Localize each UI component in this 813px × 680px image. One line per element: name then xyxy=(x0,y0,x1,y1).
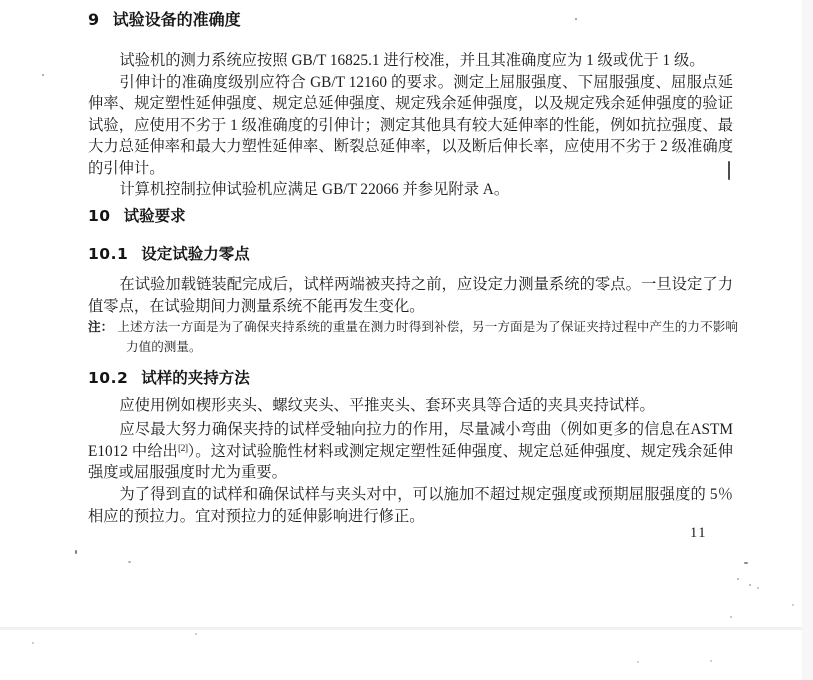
scan-speck xyxy=(749,584,751,586)
scan-speck xyxy=(792,604,794,606)
section-9-body: 试验机的测力系统应按照 GB/T 16825.1 进行校准，并且其准确度应为 1… xyxy=(88,50,733,201)
note-text: 上述方法一方面是为了确保夹持系统的重量在测力时得到补偿，另一方面是为了保证夹持过… xyxy=(117,320,738,354)
paragraph-preload: 为了得到直的试样和确保试样与夹头对中，可以施加不超过规定强度或预期屈服强度的 5… xyxy=(88,484,733,527)
section-10-2-number: 10.2 xyxy=(88,369,128,387)
scan-speck xyxy=(730,616,732,618)
citation-ref-2: [2] xyxy=(178,444,188,454)
scan-speck xyxy=(744,562,748,564)
section-10-1-body: 在试验加载链装配完成后，试样两端被夹持之前，应设定力测量系统的零点。一旦设定了力… xyxy=(88,274,733,317)
section-9-heading: 9试验设备的准确度 xyxy=(88,7,241,30)
margin-tick-mark xyxy=(728,161,730,180)
paragraph-computer-controlled: 计算机控制拉伸试验机应满足 GB/T 22066 并参见附录 A。 xyxy=(88,179,733,201)
paragraph-force-zero: 在试验加载链装配完成后，试样两端被夹持之前，应设定力测量系统的零点。一旦设定了力… xyxy=(88,274,733,317)
paragraph-grip-types: 应使用例如楔形夹头、螺纹夹头、平推夹头、套环夹具等合适的夹具夹持试样。 xyxy=(88,395,733,417)
section-10-number: 10 xyxy=(88,207,111,225)
section-10-2-body-3: 为了得到直的试样和确保试样与夹头对中，可以施加不超过规定强度或预期屈服强度的 5… xyxy=(88,484,733,527)
scan-seam-line xyxy=(0,627,813,630)
section-10-2-body-2: 应尽最大努力确保夹持的试样受轴向拉力的作用，尽量减小弯曲（例如更多的信息在AST… xyxy=(88,419,733,484)
scan-speck xyxy=(42,74,44,76)
paragraph-axial-force: 应尽最大努力确保夹持的试样受轴向拉力的作用，尽量减小弯曲（例如更多的信息在AST… xyxy=(88,419,733,484)
section-10-1-number: 10.1 xyxy=(88,245,128,263)
paragraph-testing-machine: 试验机的测力系统应按照 GB/T 16825.1 进行校准，并且其准确度应为 1… xyxy=(88,50,733,72)
scan-speck xyxy=(75,550,77,554)
section-10-heading: 10试验要求 xyxy=(88,204,186,226)
section-9-title: 试验设备的准确度 xyxy=(113,10,241,29)
scan-speck xyxy=(195,633,197,635)
note-label: 注： xyxy=(88,320,113,334)
document-page: 9试验设备的准确度 试验机的测力系统应按照 GB/T 16825.1 进行校准，… xyxy=(0,0,813,680)
scan-speck xyxy=(575,18,577,20)
note-block: 注：上述方法一方面是为了确保夹持系统的重量在测力时得到补偿，另一方面是为了保证夹… xyxy=(88,317,738,357)
section-9-number: 9 xyxy=(88,10,100,29)
section-10-1-title: 设定试验力零点 xyxy=(141,245,250,263)
scan-speck xyxy=(128,561,131,563)
scan-speck xyxy=(32,642,34,644)
section-10-2-title: 试样的夹持方法 xyxy=(141,369,250,387)
scan-speck xyxy=(737,578,739,580)
scan-speck xyxy=(757,587,759,589)
section-10-title: 试验要求 xyxy=(124,207,186,225)
scan-speck xyxy=(710,660,712,662)
scan-edge-strip xyxy=(802,0,813,680)
section-10-1-heading: 10.1设定试验力零点 xyxy=(88,242,250,264)
section-10-2-heading: 10.2试样的夹持方法 xyxy=(88,366,250,388)
scan-speck xyxy=(637,661,639,663)
section-10-2-body-1: 应使用例如楔形夹头、螺纹夹头、平推夹头、套环夹具等合适的夹具夹持试样。 xyxy=(88,395,733,417)
paragraph-extensometer: 引伸计的准确度级别应符合 GB/T 12160 的要求。测定上屈服强度、下屈服强… xyxy=(88,72,733,180)
page-number: 11 xyxy=(690,525,707,542)
